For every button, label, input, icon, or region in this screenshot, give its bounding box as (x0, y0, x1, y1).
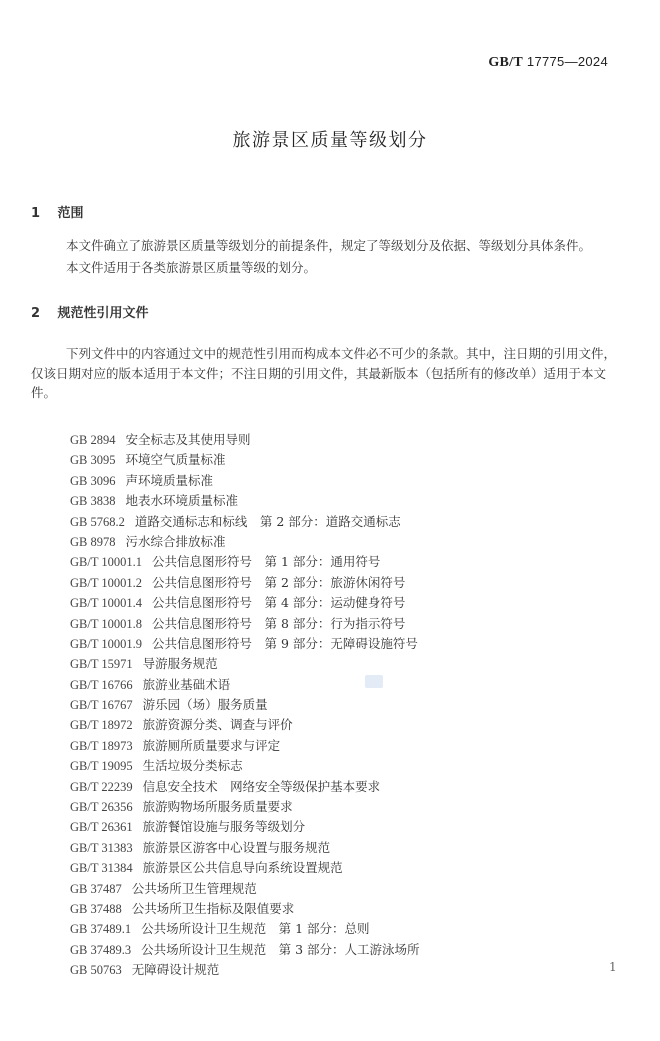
reference-code: GB 37487 (70, 882, 122, 896)
reference-item: GB 3838地表水环境质量标准 (70, 491, 420, 511)
reference-title: 旅游景区公共信息导向系统设置规范 (143, 860, 343, 875)
reference-title: 游乐园（场）服务质量 (143, 697, 268, 712)
reference-code: GB 37489.1 (70, 922, 131, 936)
reference-code: GB/T 19095 (70, 759, 133, 773)
reference-title: 公共场所设计卫生规范 第 3 部分：人工游泳场所 (141, 942, 419, 957)
reference-title: 公共信息图形符号 第 2 部分：旅游休闲符号 (152, 575, 405, 590)
reference-title: 环境空气质量标准 (126, 452, 226, 467)
reference-code: GB/T 22239 (70, 780, 133, 794)
reference-code: GB/T 10001.9 (70, 637, 142, 651)
reference-code: GB/T 10001.2 (70, 576, 142, 590)
page-number: 1 (609, 960, 617, 974)
scope-paragraph-1: 本文件确立了旅游景区质量等级划分的前提条件，规定了等级划分及依据、等级划分具体条… (66, 236, 616, 256)
section-title: 范围 (58, 206, 84, 221)
reference-item: GB/T 10001.9公共信息图形符号 第 9 部分：无障碍设施符号 (70, 634, 420, 654)
reference-code: GB 50763 (70, 963, 122, 977)
reference-code: GB 2894 (70, 433, 116, 447)
reference-item: GB/T 22239信息安全技术 网络安全等级保护基本要求 (70, 777, 420, 797)
reference-title: 旅游业基础术语 (143, 677, 231, 692)
reference-code: GB/T 10001.8 (70, 617, 142, 631)
standard-number: 17775—2024 (527, 54, 608, 69)
reference-code: GB 3095 (70, 453, 116, 467)
reference-item: GB/T 10001.2公共信息图形符号 第 2 部分：旅游休闲符号 (70, 573, 420, 593)
reference-item: GB 5768.2道路交通标志和标线 第 2 部分：道路交通标志 (70, 512, 420, 532)
reference-title: 公共信息图形符号 第 1 部分：通用符号 (152, 554, 380, 569)
reference-item: GB 37489.1公共场所设计卫生规范 第 1 部分：总则 (70, 919, 420, 939)
reference-code: GB/T 10001.4 (70, 596, 142, 610)
reference-item: GB/T 18972旅游资源分类、调查与评价 (70, 715, 420, 735)
standard-prefix: GB/T (488, 55, 523, 70)
reference-title: 导游服务规范 (143, 656, 218, 671)
reference-code: GB/T 16766 (70, 678, 133, 692)
section-heading-scope: 1 范围 (31, 202, 84, 221)
reference-item: GB/T 10001.8公共信息图形符号 第 8 部分：行为指示符号 (70, 614, 420, 634)
reference-title: 污水综合排放标准 (126, 534, 226, 549)
reference-title: 公共场所卫生指标及限值要求 (132, 901, 295, 916)
reference-item: GB/T 31384旅游景区公共信息导向系统设置规范 (70, 858, 420, 878)
section-number: 1 (31, 206, 53, 221)
reference-code: GB 37489.3 (70, 943, 131, 957)
reference-item: GB 37489.3公共场所设计卫生规范 第 3 部分：人工游泳场所 (70, 940, 420, 960)
reference-title: 道路交通标志和标线 第 2 部分：道路交通标志 (135, 514, 401, 529)
reference-title: 信息安全技术 网络安全等级保护基本要求 (143, 779, 381, 794)
reference-code: GB/T 26361 (70, 820, 133, 834)
reference-title: 公共信息图形符号 第 9 部分：无障碍设施符号 (152, 636, 418, 651)
section-title: 规范性引用文件 (58, 306, 149, 321)
watermark-logo-icon (365, 675, 383, 688)
references-intro-paragraph: 下列文件中的内容通过文中的规范性引用而构成本文件必不可少的条款。其中，注日期的引… (31, 344, 616, 403)
reference-item: GB 37488公共场所卫生指标及限值要求 (70, 899, 420, 919)
reference-item: GB/T 26361旅游餐馆设施与服务等级划分 (70, 817, 420, 837)
reference-item: GB/T 19095生活垃圾分类标志 (70, 756, 420, 776)
reference-code: GB/T 31384 (70, 861, 133, 875)
reference-title: 旅游餐馆设施与服务等级划分 (143, 819, 306, 834)
reference-code: GB 8978 (70, 535, 116, 549)
reference-title: 旅游厕所质量要求与评定 (143, 738, 281, 753)
standard-code: GB/T 17775—2024 (488, 54, 608, 71)
reference-code: GB/T 26356 (70, 800, 133, 814)
reference-item: GB 2894安全标志及其使用导则 (70, 430, 420, 450)
reference-title: 安全标志及其使用导则 (126, 432, 251, 447)
reference-code: GB/T 16767 (70, 698, 133, 712)
reference-item: GB 37487公共场所卫生管理规范 (70, 879, 420, 899)
reference-title: 旅游购物场所服务质量要求 (143, 799, 293, 814)
reference-title: 生活垃圾分类标志 (143, 758, 243, 773)
reference-code: GB 37488 (70, 902, 122, 916)
reference-item: GB/T 10001.4公共信息图形符号 第 4 部分：运动健身符号 (70, 593, 420, 613)
reference-title: 旅游景区游客中心设置与服务规范 (143, 840, 331, 855)
reference-item: GB 8978污水综合排放标准 (70, 532, 420, 552)
reference-title: 声环境质量标准 (126, 473, 214, 488)
reference-code: GB/T 10001.1 (70, 555, 142, 569)
section-heading-normative-references: 2 规范性引用文件 (31, 302, 149, 321)
reference-title: 公共信息图形符号 第 4 部分：运动健身符号 (152, 595, 405, 610)
reference-title: 无障碍设计规范 (132, 962, 220, 977)
reference-code: GB/T 15971 (70, 657, 133, 671)
reference-item: GB 3096声环境质量标准 (70, 471, 420, 491)
document-title: 旅游景区质量等级划分 (0, 126, 660, 152)
reference-item: GB/T 26356旅游购物场所服务质量要求 (70, 797, 420, 817)
reference-item: GB 50763无障碍设计规范 (70, 960, 420, 980)
reference-title: 公共场所卫生管理规范 (132, 881, 257, 896)
reference-item: GB/T 10001.1公共信息图形符号 第 1 部分：通用符号 (70, 552, 420, 572)
reference-code: GB 3838 (70, 494, 116, 508)
reference-title: 地表水环境质量标准 (126, 493, 239, 508)
reference-title: 旅游资源分类、调查与评价 (143, 717, 293, 732)
reference-item: GB/T 15971导游服务规范 (70, 654, 420, 674)
reference-item: GB 3095环境空气质量标准 (70, 450, 420, 470)
reference-code: GB 5768.2 (70, 515, 125, 529)
reference-code: GB/T 31383 (70, 841, 133, 855)
reference-code: GB/T 18973 (70, 739, 133, 753)
section-number: 2 (31, 306, 53, 321)
reference-item: GB/T 18973旅游厕所质量要求与评定 (70, 736, 420, 756)
reference-title: 公共场所设计卫生规范 第 1 部分：总则 (141, 921, 369, 936)
reference-code: GB 3096 (70, 474, 116, 488)
reference-item: GB/T 16767游乐园（场）服务质量 (70, 695, 420, 715)
reference-list: GB 2894安全标志及其使用导则 GB 3095环境空气质量标准 GB 309… (70, 430, 420, 981)
reference-item: GB/T 31383旅游景区游客中心设置与服务规范 (70, 838, 420, 858)
reference-title: 公共信息图形符号 第 8 部分：行为指示符号 (152, 616, 405, 631)
reference-code: GB/T 18972 (70, 718, 133, 732)
scope-paragraph-2: 本文件适用于各类旅游景区质量等级的划分。 (66, 258, 616, 278)
